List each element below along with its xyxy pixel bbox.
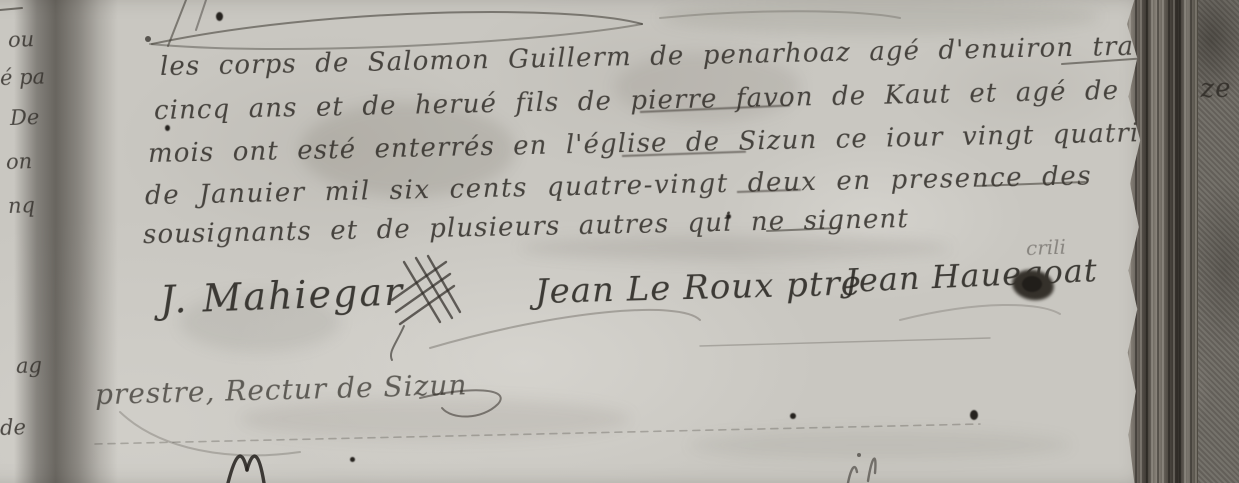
margin-fragment: é pa [0,64,45,90]
ink-dot [350,457,355,462]
margin-fragment: de [0,415,26,440]
ink-blot-core [1022,276,1042,292]
margin-fragment: on [6,149,33,174]
ink-dot [790,413,796,419]
margin-fragment: nq [8,193,36,218]
margin-fragment: De [10,105,40,130]
smudge [660,0,1100,34]
ink-dot [165,125,170,131]
manuscript-scan: ou é pa De on nq ag de les corps de Salo… [0,0,1239,483]
signature: Jean Le Roux ptre [534,263,862,312]
ink-dot [216,12,223,21]
smudge [690,430,1070,460]
ink-dot [970,410,978,420]
margin-fragment: ou [8,27,35,52]
ink-dot [726,214,731,219]
margin-fragment: ag [16,353,43,378]
signature: J. Mahiegar [159,269,405,321]
